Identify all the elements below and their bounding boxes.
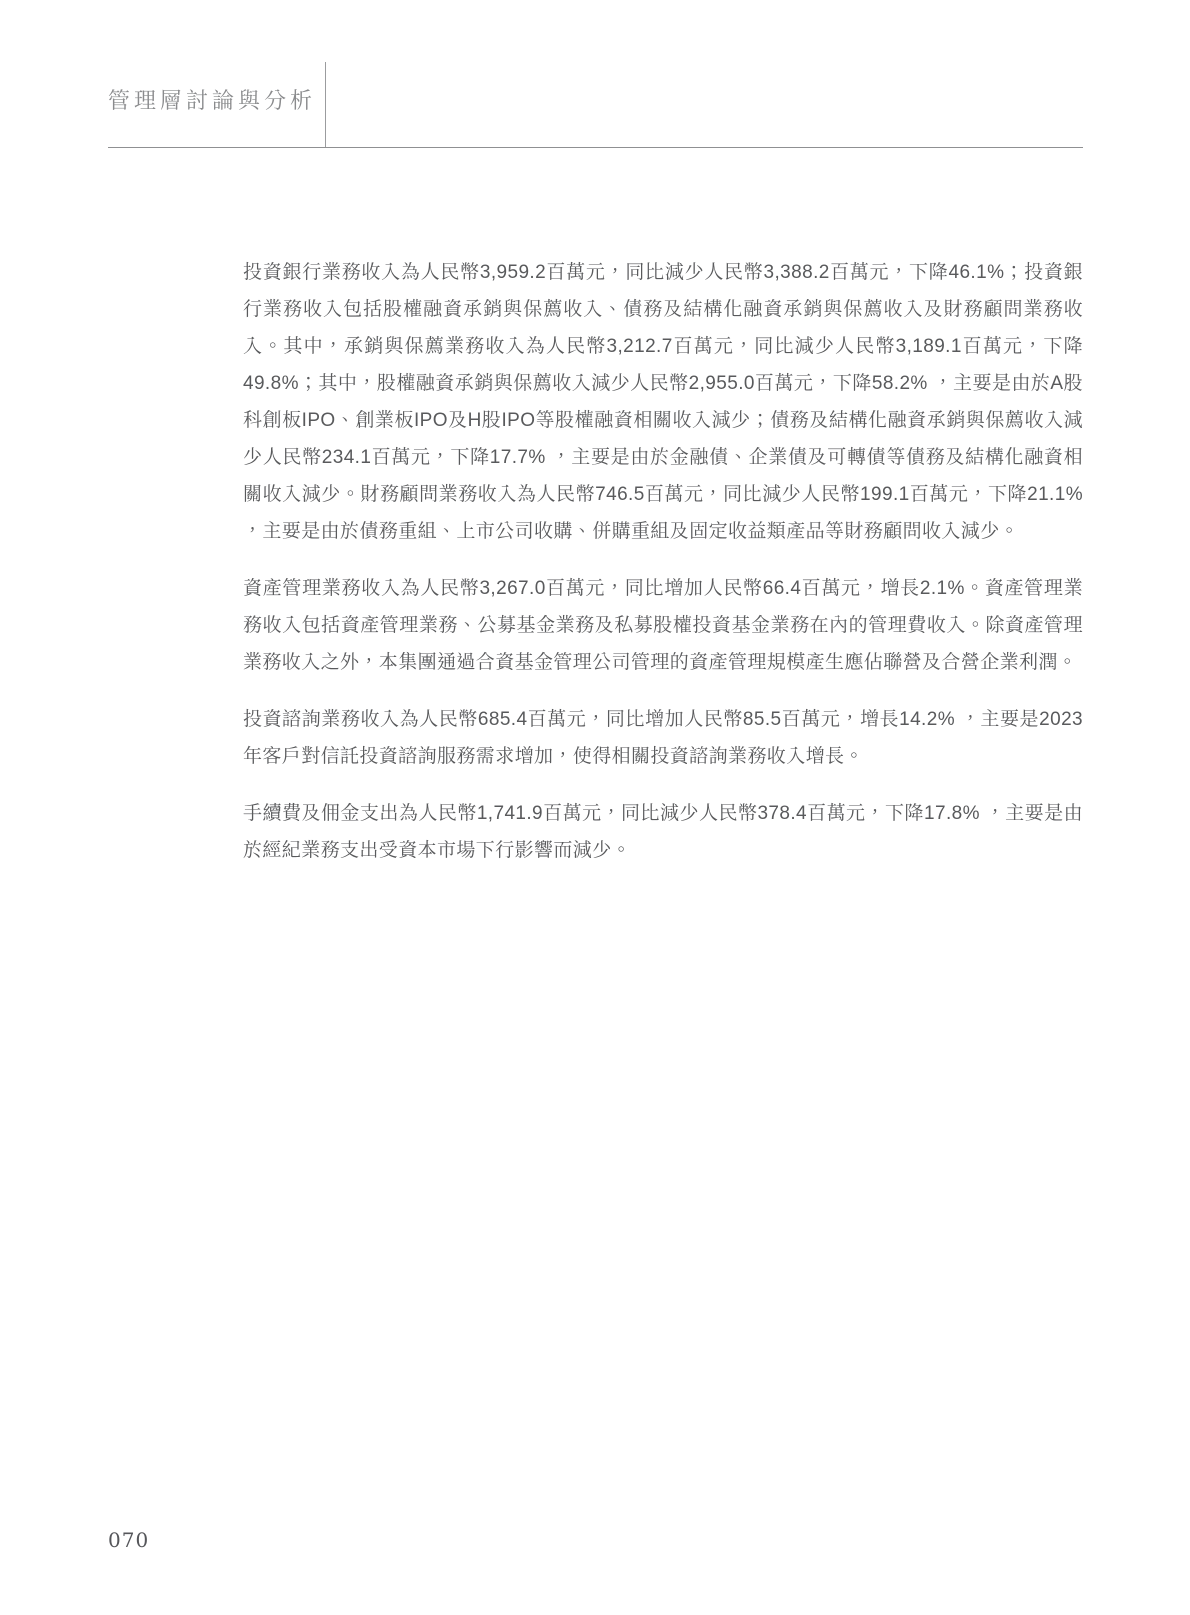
header-vertical-divider bbox=[325, 62, 326, 148]
paragraph-investment-banking-revenue: 投資銀行業務收入為人民幣3,959.2百萬元，同比減少人民幣3,388.2百萬元… bbox=[243, 254, 1083, 550]
page-number: 070 bbox=[108, 1528, 149, 1552]
page-body: 投資銀行業務收入為人民幣3,959.2百萬元，同比減少人民幣3,388.2百萬元… bbox=[243, 254, 1083, 889]
paragraph-fee-commission-expense: 手續費及佣金支出為人民幣1,741.9百萬元，同比減少人民幣378.4百萬元，下… bbox=[243, 795, 1083, 869]
page-title: 管理層討論與分析 bbox=[108, 84, 316, 115]
paragraph-asset-management-revenue: 資產管理業務收入為人民幣3,267.0百萬元，同比增加人民幣66.4百萬元，增長… bbox=[243, 570, 1083, 681]
header-horizontal-rule bbox=[108, 147, 1083, 148]
paragraph-investment-advisory-revenue: 投資諮詢業務收入為人民幣685.4百萬元，同比增加人民幣85.5百萬元，增長14… bbox=[243, 701, 1083, 775]
report-page: 管理層討論與分析 投資銀行業務收入為人民幣3,959.2百萬元，同比減少人民幣3… bbox=[0, 0, 1190, 1615]
